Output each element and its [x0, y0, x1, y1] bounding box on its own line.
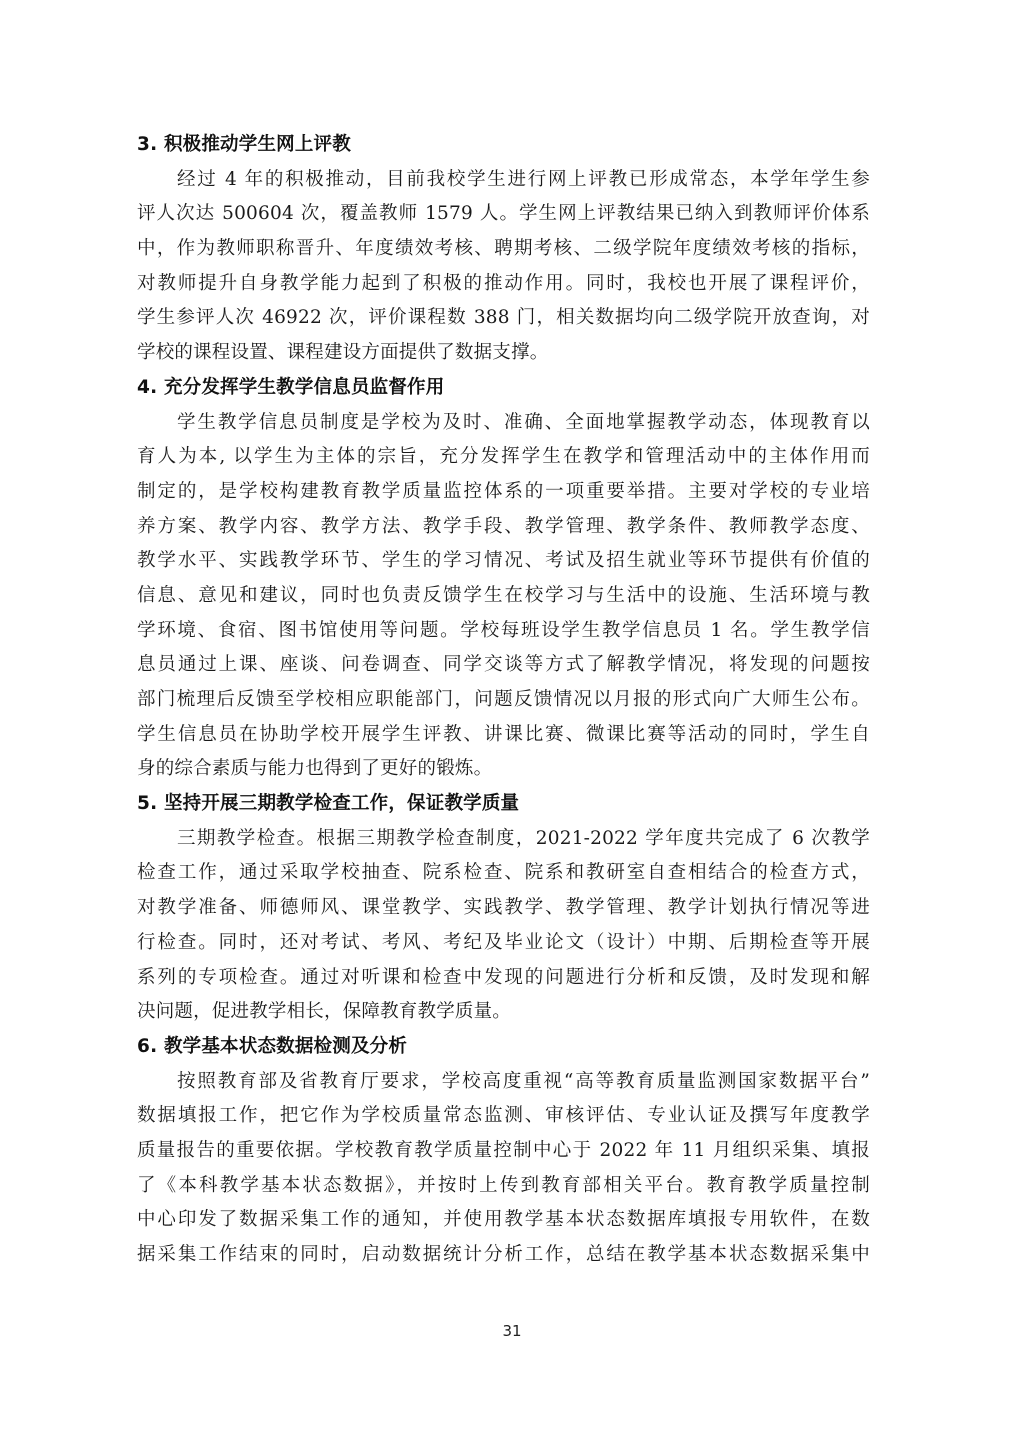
text-line: 检查工作，通过采取学校抽查、院系检查、院系和教研室自查相结合的检查方式， — [137, 856, 870, 891]
text-line: 学生参评人次 46922 次，评价课程数 388 门，相关数据均向二级学院开放查… — [137, 301, 870, 336]
text-line: 养方案、教学内容、教学方法、教学手段、教学管理、教学条件、教师教学态度、 — [137, 510, 870, 545]
text-line: 中心印发了数据采集工作的通知，并使用教学基本状态数据库填报专用软件，在数 — [137, 1203, 870, 1238]
text-line: 质量报告的重要依据。学校教育教学质量控制中心于 2022 年 11 月组织采集、… — [137, 1134, 870, 1169]
text-line: 行检查。同时，还对考试、考风、考纪及毕业论文（设计）中期、后期检查等开展 — [137, 926, 870, 961]
document-page: 3. 积极推动学生网上评教 经过 4 年的积极推动，目前我校学生进行网上评教已形… — [137, 128, 870, 1273]
text-line: 信息、意见和建议，同时也负责反馈学生在校学习与生活中的设施、生活环境与教 — [137, 579, 870, 614]
text-line: 学生教学信息员制度是学校为及时、准确、全面地掌握教学动态，体现教育以 — [137, 406, 870, 441]
text-line: 数据填报工作，把它作为学校质量常态监测、审核评估、专业认证及撰写年度教学 — [137, 1099, 870, 1134]
text-line: 对教学准备、师德师风、课堂教学、实践教学、教学管理、教学计划执行情况等进 — [137, 891, 870, 926]
text-line: 息员通过上课、座谈、问卷调查、同学交谈等方式了解教学情况，将发现的问题按 — [137, 648, 870, 683]
text-line: 制定的，是学校构建教育教学质量监控体系的一项重要举措。主要对学校的专业培 — [137, 475, 870, 510]
text-line: 身的综合素质与能力也得到了更好的锻炼。 — [137, 752, 870, 787]
section-heading: 6. 教学基本状态数据检测及分析 — [137, 1030, 870, 1065]
section-heading: 4. 充分发挥学生教学信息员监督作用 — [137, 371, 870, 406]
text-line: 三期教学检查。根据三期教学检查制度，2021-2022 学年度共完成了 6 次教… — [137, 822, 870, 857]
section-heading: 3. 积极推动学生网上评教 — [137, 128, 870, 163]
section-heading: 5. 坚持开展三期教学检查工作，保证教学质量 — [137, 787, 870, 822]
text-line: 育人为本, 以学生为主体的宗旨，充分发挥学生在教学和管理活动中的主体作用而 — [137, 440, 870, 475]
page-number: 31 — [0, 1322, 1024, 1340]
text-line: 评人次达 500604 次，覆盖教师 1579 人。学生网上评教结果已纳入到教师… — [137, 197, 870, 232]
text-line: 中，作为教师职称晋升、年度绩效考核、聘期考核、二级学院年度绩效考核的指标， — [137, 232, 870, 267]
text-line: 决问题，促进教学相长，保障教育教学质量。 — [137, 995, 870, 1030]
paragraph: 按照教育部及省教育厅要求，学校高度重视“高等教育质量监测国家数据平台” 数据填报… — [137, 1065, 870, 1273]
text-line: 学校的课程设置、课程建设方面提供了数据支撑。 — [137, 336, 870, 371]
text-line: 了《本科教学基本状态数据》，并按时上传到教育部相关平台。教育教学质量控制 — [137, 1169, 870, 1204]
paragraph: 三期教学检查。根据三期教学检查制度，2021-2022 学年度共完成了 6 次教… — [137, 822, 870, 1030]
paragraph: 学生教学信息员制度是学校为及时、准确、全面地掌握教学动态，体现教育以 育人为本,… — [137, 406, 870, 788]
paragraph: 经过 4 年的积极推动，目前我校学生进行网上评教已形成常态，本学年学生参 评人次… — [137, 163, 870, 371]
text-line: 系列的专项检查。通过对听课和检查中发现的问题进行分析和反馈，及时发现和解 — [137, 961, 870, 996]
text-line: 教学水平、实践教学环节、学生的学习情况、考试及招生就业等环节提供有价值的 — [137, 544, 870, 579]
text-line: 经过 4 年的积极推动，目前我校学生进行网上评教已形成常态，本学年学生参 — [137, 163, 870, 198]
text-line: 学生信息员在协助学校开展学生评教、讲课比赛、微课比赛等活动的同时，学生自 — [137, 718, 870, 753]
text-line: 部门梳理后反馈至学校相应职能部门，问题反馈情况以月报的形式向广大师生公布。 — [137, 683, 870, 718]
text-line: 对教师提升自身教学能力起到了积极的推动作用。同时，我校也开展了课程评价， — [137, 267, 870, 302]
text-line: 据采集工作结束的同时，启动数据统计分析工作，总结在教学基本状态数据采集中 — [137, 1238, 870, 1273]
text-line: 按照教育部及省教育厅要求，学校高度重视“高等教育质量监测国家数据平台” — [137, 1065, 870, 1100]
text-line: 学环境、食宿、图书馆使用等问题。学校每班设学生教学信息员 1 名。学生教学信 — [137, 614, 870, 649]
